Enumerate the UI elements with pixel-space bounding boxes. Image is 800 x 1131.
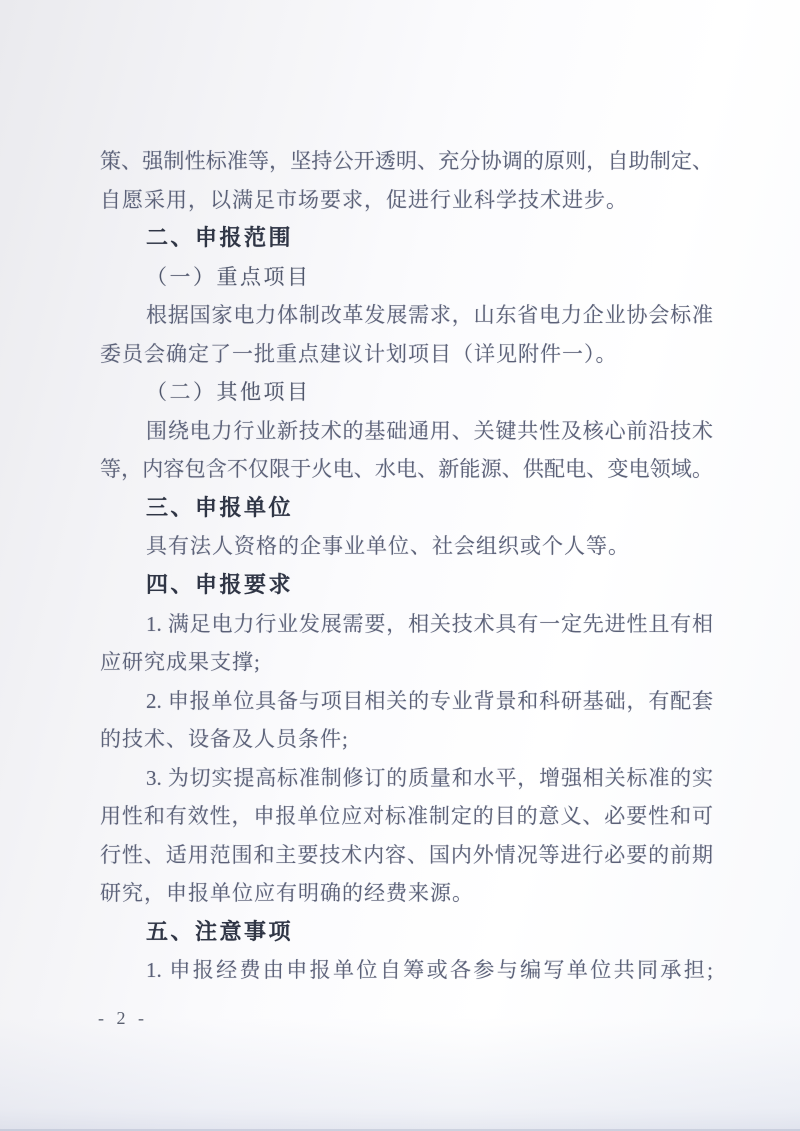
body-line: 自愿采用，以满足市场要求，促进行业科学技术进步。	[100, 181, 713, 220]
body-line: 行性、适用范围和主要技术内容、国内外情况等进行必要的前期	[100, 836, 713, 875]
body-line: 应研究成果支撑;	[100, 643, 713, 682]
section-heading: 三、申报单位	[100, 489, 713, 528]
document-page: 策、强制性标准等，坚持公开透明、充分协调的原则，自助制定、 自愿采用，以满足市场…	[0, 0, 800, 1131]
body-line: 具有法人资格的企事业单位、社会组织或个人等。	[100, 527, 713, 566]
body-line: 委员会确定了一批重点建议计划项目（详见附件一）。	[100, 335, 713, 374]
body-line: 1. 满足电力行业发展需要，相关技术具有一定先进性且有相	[100, 605, 713, 644]
body-line: 1. 申报经费由申报单位自筹或各参与编写单位共同承担;	[100, 951, 713, 990]
body-line: 根据国家电力体制改革发展需求，山东省电力企业协会标准	[100, 296, 713, 335]
body-line: 2. 申报单位具备与项目相关的专业背景和科研基础，有配套	[100, 682, 713, 721]
document-body: 策、强制性标准等，坚持公开透明、充分协调的原则，自助制定、 自愿采用，以满足市场…	[100, 142, 713, 990]
body-line: 研究，申报单位应有明确的经费来源。	[100, 874, 713, 913]
subsection-heading: （二）其他项目	[100, 373, 713, 412]
section-heading: 四、申报要求	[100, 566, 713, 605]
body-line: 用性和有效性，申报单位应对标准制定的目的意义、必要性和可	[100, 797, 713, 836]
body-line: 围绕电力行业新技术的基础通用、关键共性及核心前沿技术	[100, 412, 713, 451]
page-number: - 2 -	[98, 1008, 148, 1029]
body-line: 策、强制性标准等，坚持公开透明、充分协调的原则，自助制定、	[100, 142, 713, 181]
body-line: 的技术、设备及人员条件;	[100, 720, 713, 759]
body-line: 3. 为切实提高标准制修订的质量和水平，增强相关标准的实	[100, 759, 713, 798]
section-heading: 五、注意事项	[100, 913, 713, 952]
body-line: 等，内容包含不仅限于火电、水电、新能源、供配电、变电领域。	[100, 450, 713, 489]
subsection-heading: （一）重点项目	[100, 258, 713, 297]
section-heading: 二、申报范围	[100, 219, 713, 258]
